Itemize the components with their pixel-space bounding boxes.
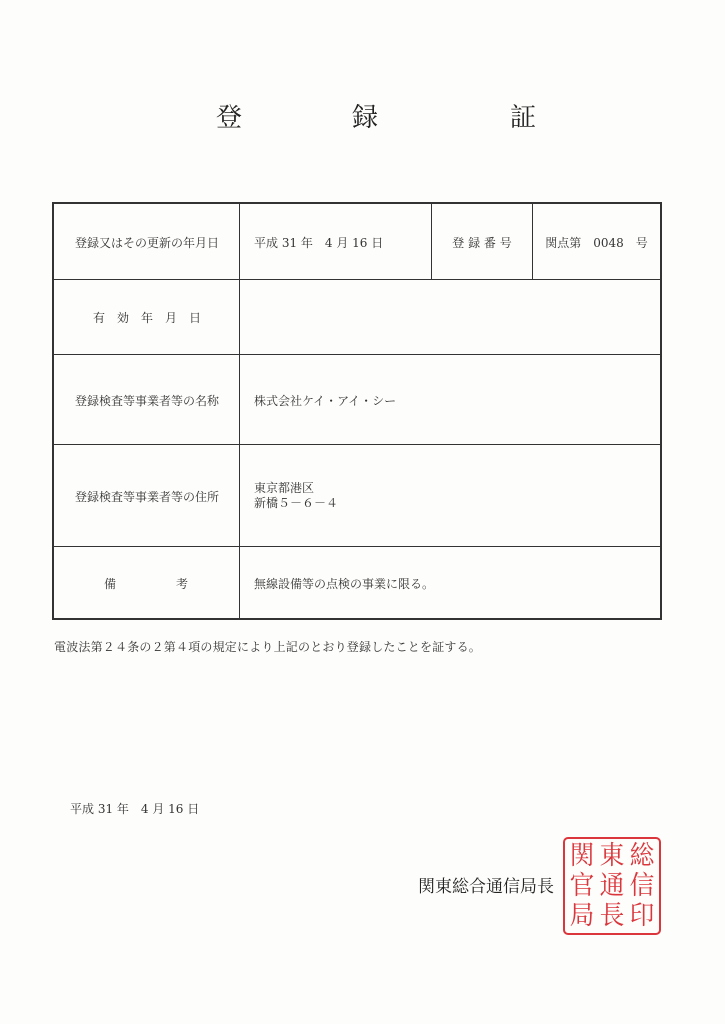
registration-date-value: 平成 31 年 4 月 16 日 (240, 204, 431, 280)
seal-char: 官 (568, 871, 597, 901)
title-char-2: 録 (352, 100, 378, 136)
validity-date-label: 有 効 年 月 日 (54, 280, 240, 355)
title-char-1: 登 (216, 100, 242, 136)
validity-date-value (240, 280, 660, 355)
business-address-label: 登録検査等事業者等の住所 (54, 445, 240, 547)
business-name-label: 登録検査等事業者等の名称 (54, 355, 240, 445)
official-seal: 関 東 総 官 通 信 局 長 印 (563, 837, 661, 935)
certification-statement: 電波法第２４条の２第４項の規定により上記のとおり登録したことを証する。 (54, 638, 481, 655)
remarks-label: 備 考 (54, 547, 240, 619)
remarks-label-char-2: 考 (176, 575, 188, 592)
seal-char: 長 (598, 901, 627, 931)
business-name-value: 株式会社ケイ・アイ・シー (240, 355, 660, 445)
seal-char: 通 (598, 871, 627, 901)
issue-date: 平成 31 年 4 月 16 日 (70, 800, 199, 817)
seal-char: 印 (628, 901, 657, 931)
registration-number-label: 登 録 番 号 (432, 204, 532, 280)
remarks-value: 無線設備等の点検の事業に限る。 (240, 547, 660, 619)
registration-date-label: 登録又はその更新の年月日 (54, 204, 240, 280)
registration-table: 登録又はその更新の年月日 平成 31 年 4 月 16 日 登 録 番 号 関点… (52, 202, 662, 620)
address-line-1: 東京都港区 (254, 481, 314, 496)
seal-char: 総 (628, 841, 657, 871)
address-line-2: 新橋５－６－４ (254, 496, 338, 511)
seal-char: 信 (628, 871, 657, 901)
remarks-label-char-1: 備 (104, 575, 116, 592)
title-char-3: 証 (510, 100, 536, 136)
document-title: 登 録 証 (0, 100, 725, 140)
seal-char: 局 (568, 901, 597, 931)
seal-char: 関 (568, 841, 597, 871)
issuing-authority: 関東総合通信局長 (418, 872, 554, 897)
business-address-value: 東京都港区 新橋５－６－４ (240, 445, 660, 547)
registration-number-value: 関点第 0048 号 (533, 204, 660, 280)
seal-char: 東 (598, 841, 627, 871)
